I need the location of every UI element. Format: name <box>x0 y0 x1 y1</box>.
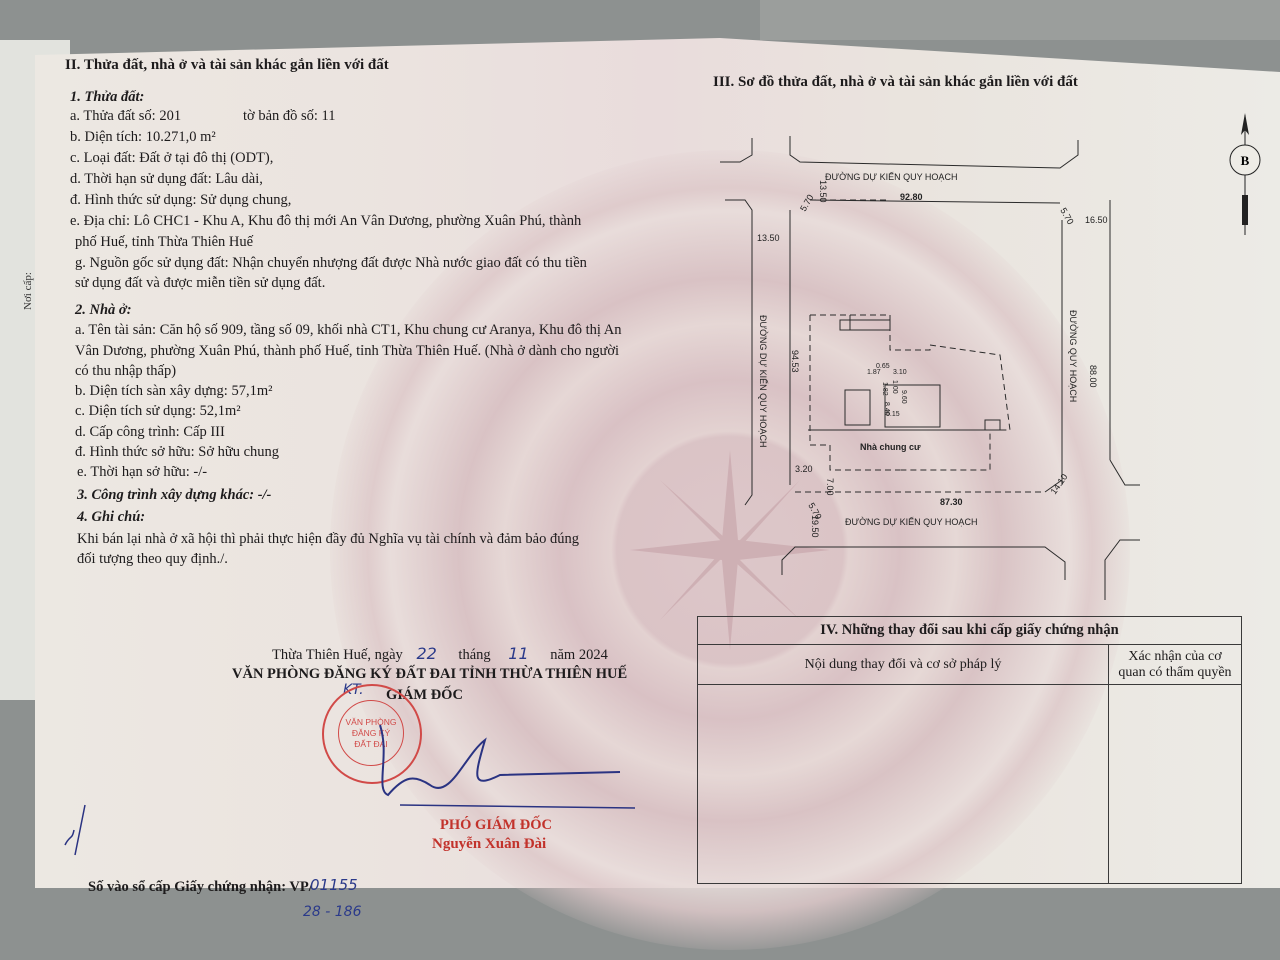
svg-text:3.20: 3.20 <box>795 464 813 474</box>
parcel-diagram: ĐƯỜNG DỰ KIẾN QUY HOẠCH 92.80 13.50 5.70… <box>700 100 1200 600</box>
house-name-line2: Vân Dương, phường Xuân Phú, thành phố Hu… <box>75 341 619 363</box>
registry-book-ref: 28 - 186 <box>303 902 362 924</box>
map-sheet-number: tờ bản đồ số: 11 <box>243 106 336 128</box>
initials-scribble-icon <box>60 800 90 860</box>
section4-title: IV. Những thay đổi sau khi cấp giấy chứn… <box>698 617 1242 645</box>
notes-heading: 4. Ghi chú: <box>77 507 145 529</box>
svg-text:3.10: 3.10 <box>893 369 907 376</box>
svg-text:ĐƯỜNG DỰ KIẾN QUY HOẠCH: ĐƯỜNG DỰ KIẾN QUY HOẠCH <box>825 172 957 182</box>
svg-text:Nhà chung cư: Nhà chung cư <box>860 442 921 452</box>
col2-line2: quan có thẩm quyền <box>1109 665 1241 681</box>
origin-line2: sử dụng đất và được miễn tiền sử dụng đấ… <box>75 273 325 295</box>
svg-text:7.00: 7.00 <box>825 478 835 496</box>
authority-confirmation-cell <box>1109 685 1242 884</box>
signer-name: Nguyễn Xuân Đài <box>432 834 546 856</box>
svg-text:5.70: 5.70 <box>798 193 815 213</box>
svg-text:92.80: 92.80 <box>900 192 923 202</box>
date-month: 11 <box>508 644 528 663</box>
svg-text:88.00: 88.00 <box>1088 365 1098 388</box>
col2-line1: Xác nhận của cơ <box>1109 649 1241 665</box>
usable-area: c. Diện tích sử dụng: 52,1m² <box>75 401 241 423</box>
section2-title: II. Thửa đất, nhà ở và tài sản khác gắn … <box>65 57 389 74</box>
ownership-term: e. Thời hạn sở hữu: -/- <box>77 462 207 484</box>
svg-text:1.00: 1.00 <box>891 380 898 394</box>
address-line2: phố Huế, tỉnh Thừa Thiên Huế <box>75 232 253 254</box>
svg-text:5.70: 5.70 <box>1058 206 1075 226</box>
usage-form: đ. Hình thức sử dụng: Sử dụng chung, <box>70 190 291 212</box>
svg-text:94.53: 94.53 <box>790 350 800 373</box>
registry-label: Số vào sổ cấp Giấy chứng nhận: VP/ <box>88 877 313 899</box>
change-content-cell <box>698 685 1109 884</box>
svg-text:13.50: 13.50 <box>757 233 780 243</box>
svg-text:9.60: 9.60 <box>900 390 907 404</box>
floor-area: b. Diện tích sàn xây dựng: 57,1m² <box>75 381 272 403</box>
date-day: 22 <box>416 644 436 663</box>
address-line1: e. Địa chỉ: Lô CHC1 - Khu A, Khu đô thị … <box>70 211 581 233</box>
notes-line2: đối tượng theo quy định./. <box>77 549 228 571</box>
svg-text:1.82: 1.82 <box>881 382 888 396</box>
construction-grade: d. Cấp công trình: Cấp III <box>75 422 225 444</box>
land-type: c. Loại đất: Đất ở tại đô thị (ODT), <box>70 148 273 170</box>
north-label: B <box>1241 153 1250 168</box>
svg-text:13.50: 13.50 <box>818 180 828 203</box>
north-arrow-icon: B <box>1225 110 1265 240</box>
date-year: năm 2024 <box>550 647 608 663</box>
place-date-prefix: Thừa Thiên Huế, ngày <box>272 647 403 663</box>
signature-scribble-icon <box>370 715 640 815</box>
background-desk <box>760 0 1280 40</box>
side-label-noi-cap: Nơi cấp: <box>22 272 34 310</box>
svg-text:6.15: 6.15 <box>886 411 900 418</box>
notes-line1: Khi bán lại nhà ở xã hội thì phải thực h… <box>77 529 579 551</box>
month-label: tháng <box>458 647 490 663</box>
svg-text:ĐƯỜNG DỰ KIẾN QUY HOẠCH: ĐƯỜNG DỰ KIẾN QUY HOẠCH <box>758 315 768 447</box>
issuing-office: VĂN PHÒNG ĐĂNG KÝ ĐẤT ĐAI TỈNH THỪA THIÊ… <box>232 664 627 686</box>
other-works: 3. Công trình xây dựng khác: -/- <box>77 485 271 507</box>
ownership-form: đ. Hình thức sở hữu: Sở hữu chung <box>75 442 279 464</box>
house-heading: 2. Nhà ở: <box>75 300 132 322</box>
svg-text:16.50: 16.50 <box>1085 215 1108 225</box>
svg-text:87.30: 87.30 <box>940 497 963 507</box>
origin-line1: g. Nguồn gốc sử dụng đất: Nhận chuyển nh… <box>75 253 587 275</box>
svg-text:ĐƯỜNG DỰ KIẾN QUY HOẠCH: ĐƯỜNG DỰ KIẾN QUY HOẠCH <box>845 517 977 527</box>
svg-text:ĐƯỜNG QUY HOẠCH: ĐƯỜNG QUY HOẠCH <box>1068 310 1078 402</box>
house-name-line1: a. Tên tài sản: Căn hộ số 909, tầng số 0… <box>75 320 621 342</box>
col-change-content: Nội dung thay đổi và cơ sở pháp lý <box>698 645 1109 685</box>
place-date: Thừa Thiên Huế, ngày 22 tháng 11 năm 202… <box>272 643 608 667</box>
changes-table: IV. Những thay đổi sau khi cấp giấy chứn… <box>697 616 1242 884</box>
svg-text:1.87: 1.87 <box>867 369 881 376</box>
parcel-number: a. Thửa đất số: 201 <box>70 106 181 128</box>
house-name-line3: có thu nhập thấp) <box>75 361 176 383</box>
land-term: d. Thời hạn sử dụng đất: Lâu dài, <box>70 169 263 191</box>
section3-title: III. Sơ đồ thửa đất, nhà ở và tài sản kh… <box>713 74 1078 91</box>
parcel-area: b. Diện tích: 10.271,0 m² <box>70 127 216 149</box>
registry-number: 01155 <box>310 875 358 897</box>
svg-text:14.10: 14.10 <box>1048 472 1069 496</box>
svg-text:19.50: 19.50 <box>810 515 820 538</box>
col-authority-confirmation: Xác nhận của cơ quan có thẩm quyền <box>1109 645 1242 685</box>
